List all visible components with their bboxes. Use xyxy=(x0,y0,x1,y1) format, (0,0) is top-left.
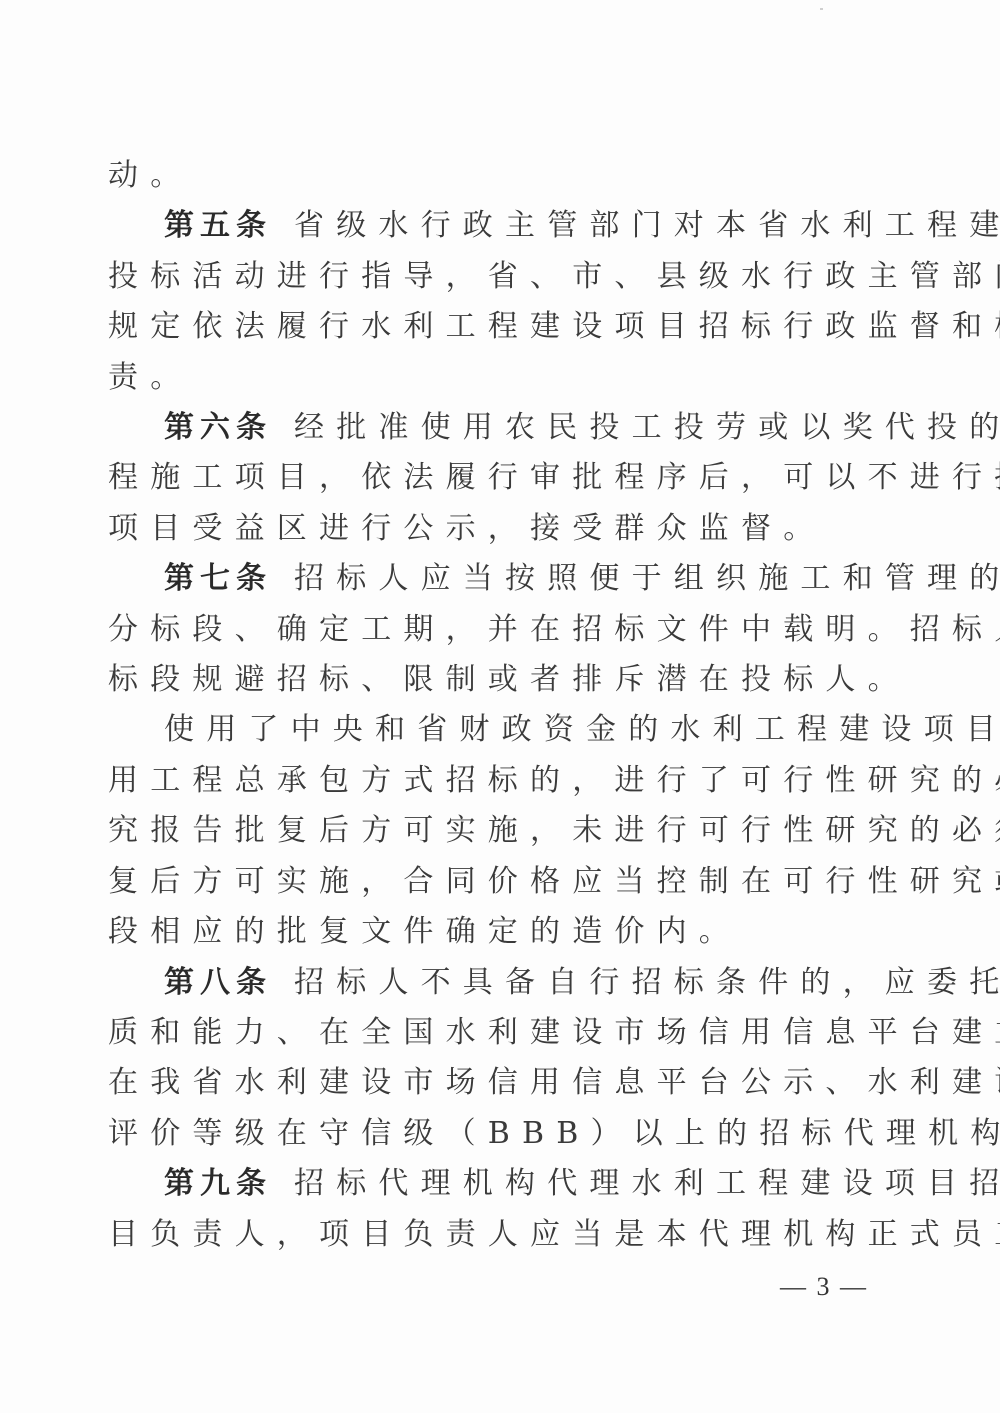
text-line: 责。 xyxy=(108,353,888,403)
text-line: 项目受益区进行公示，接受群众监督。 xyxy=(108,504,888,554)
article-heading: 第六条 xyxy=(164,410,272,445)
article-heading: 第九条 xyxy=(164,1166,272,1201)
article-heading: 第五条 xyxy=(164,208,272,243)
paragraph-continuation: 动。 xyxy=(108,151,888,201)
text-line: 标段规避招标、限制或者排斥潜在投标人。 xyxy=(108,655,888,705)
text-line: 第九条招标代理机构代理水利工程建设项目招标应明确项 xyxy=(108,1159,888,1209)
article-heading: 第八条 xyxy=(164,965,272,1000)
text-line: 段相应的批复文件确定的造价内。 xyxy=(108,907,888,957)
document-page: 动。 第五条省级水行政主管部门对本省水利工程建设项目招标 投标活动进行指导，省、… xyxy=(0,0,1000,1413)
article-7-paragraph-2: 使用了中央和省财政资金的水利工程建设项目，招标人拟采 用工程总承包方式招标的，进… xyxy=(108,705,888,957)
document-body: 动。 第五条省级水行政主管部门对本省水利工程建设项目招标 投标活动进行指导，省、… xyxy=(108,151,888,1260)
text-line: 动。 xyxy=(108,151,888,201)
text-line: 投标活动进行指导，省、市、县级水行政主管部门按照事权划分 xyxy=(108,252,888,302)
article-6: 第六条经批准使用农民投工投劳或以奖代投的小型水利工 程施工项目，依法履行审批程序… xyxy=(108,403,888,554)
article-8: 第八条招标人不具备自行招标条件的，应委托具有相应资 质和能力、在全国水利建设市场… xyxy=(108,958,888,1160)
text-line: 究报告批复后方可实施，未进行可行性研究的必须在初步设计批 xyxy=(108,806,888,856)
article-9: 第九条招标代理机构代理水利工程建设项目招标应明确项 目负责人，项目负责人应当是本… xyxy=(108,1159,888,1260)
text-line: 复后方可实施，合同价格应当控制在可行性研究或者初步设计阶 xyxy=(108,857,888,907)
scan-mark xyxy=(820,8,823,10)
page-number: — 3 — xyxy=(780,1272,868,1302)
text-line: 质和能力、在全国水利建设市场信用信息平台建立了信用档案并 xyxy=(108,1008,888,1058)
text-line: 第五条省级水行政主管部门对本省水利工程建设项目招标 xyxy=(108,201,888,251)
text-line: 第七条招标人应当按照便于组织施工和管理的原则合理划 xyxy=(108,554,888,604)
text-line: 使用了中央和省财政资金的水利工程建设项目，招标人拟采 xyxy=(108,705,888,755)
article-heading: 第七条 xyxy=(164,561,272,596)
text-line: 评价等级在守信级（BBB）以上的招标代理机构办理招标事宜。 xyxy=(108,1109,888,1159)
text-line: 程施工项目，依法履行审批程序后，可以不进行招标，但必须在 xyxy=(108,453,888,503)
text-line: 在我省水利建设市场信用信息平台公示、水利建设市场主体信用 xyxy=(108,1058,888,1108)
text-line: 规定依法履行水利工程建设项目招标行政监督和标后监督管理职 xyxy=(108,302,888,352)
text-line: 目负责人，项目负责人应当是本代理机构正式员工，具备招标采 xyxy=(108,1210,888,1260)
text-line: 用工程总承包方式招标的，进行了可行性研究的必须在可行性研 xyxy=(108,756,888,806)
text-line: 第六条经批准使用农民投工投劳或以奖代投的小型水利工 xyxy=(108,403,888,453)
text-line: 第八条招标人不具备自行招标条件的，应委托具有相应资 xyxy=(108,958,888,1008)
text-line: 分标段、确定工期，并在招标文件中载明。招标人不得利用划分 xyxy=(108,605,888,655)
article-5: 第五条省级水行政主管部门对本省水利工程建设项目招标 投标活动进行指导，省、市、县… xyxy=(108,201,888,403)
article-7: 第七条招标人应当按照便于组织施工和管理的原则合理划 分标段、确定工期，并在招标文… xyxy=(108,554,888,705)
